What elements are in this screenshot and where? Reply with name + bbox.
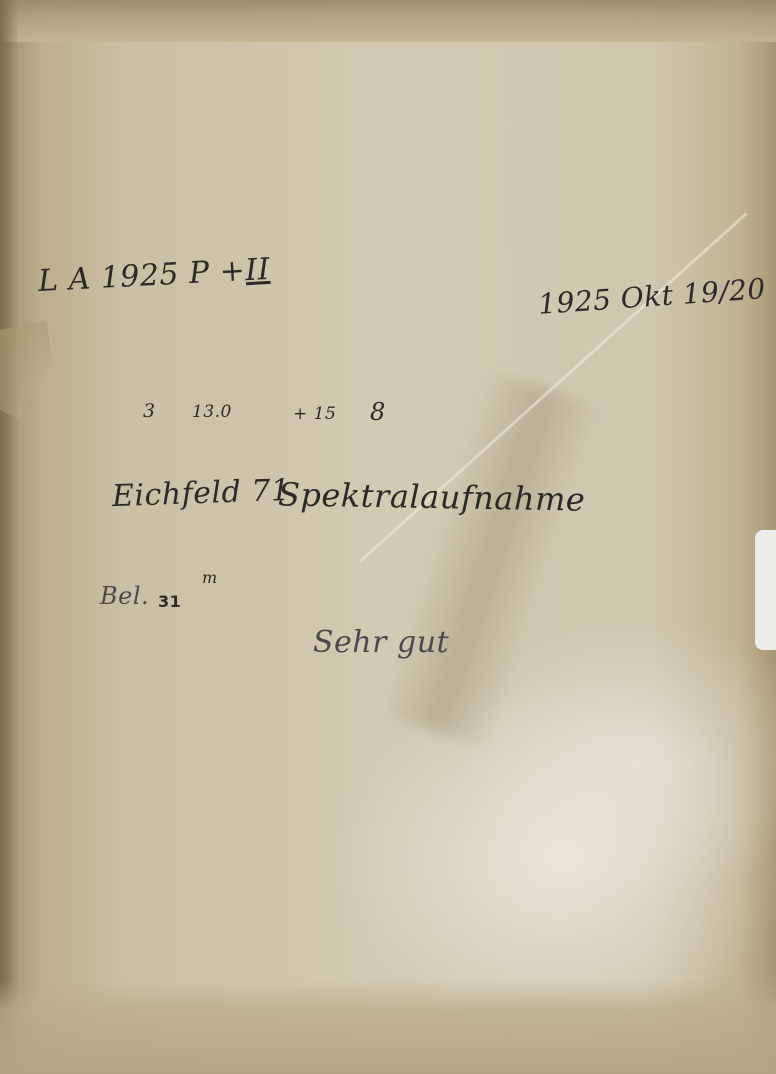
dec-extra: 8 bbox=[370, 398, 386, 426]
top-fold-band bbox=[0, 0, 776, 42]
catalog-code: L A bbox=[37, 261, 91, 299]
plate-roman-numeral: II bbox=[244, 252, 271, 288]
exposure-value: 31 bbox=[158, 592, 181, 611]
plate-year: 1925 bbox=[100, 257, 180, 296]
exposure-label: Bel. bbox=[100, 582, 149, 610]
plate-identifier: L A 1925 P +II bbox=[37, 252, 271, 299]
plate-prefix: P + bbox=[188, 253, 246, 291]
ra-minutes: 13.0 bbox=[192, 402, 232, 422]
observation-date: 1925 Okt 19/20 bbox=[537, 272, 767, 321]
field-name: Eichfeld 71 bbox=[111, 473, 291, 514]
right-edge-gap bbox=[755, 530, 776, 650]
torn-flap bbox=[0, 320, 52, 420]
exposure-unit: m bbox=[202, 568, 218, 587]
dec-degrees: + 15 bbox=[293, 404, 336, 424]
plate-title: Spektralaufnahme bbox=[278, 475, 586, 518]
quality-note: Sehr gut bbox=[313, 625, 449, 660]
fold-shadow bbox=[377, 370, 602, 749]
left-edge-shadow bbox=[0, 0, 18, 1074]
envelope-sheet: L A 1925 P +II 1925 Okt 19/20 3 13.0 + 1… bbox=[0, 0, 776, 1074]
bottom-fold-band bbox=[0, 980, 776, 1074]
ra-hours: 3 bbox=[143, 400, 156, 422]
